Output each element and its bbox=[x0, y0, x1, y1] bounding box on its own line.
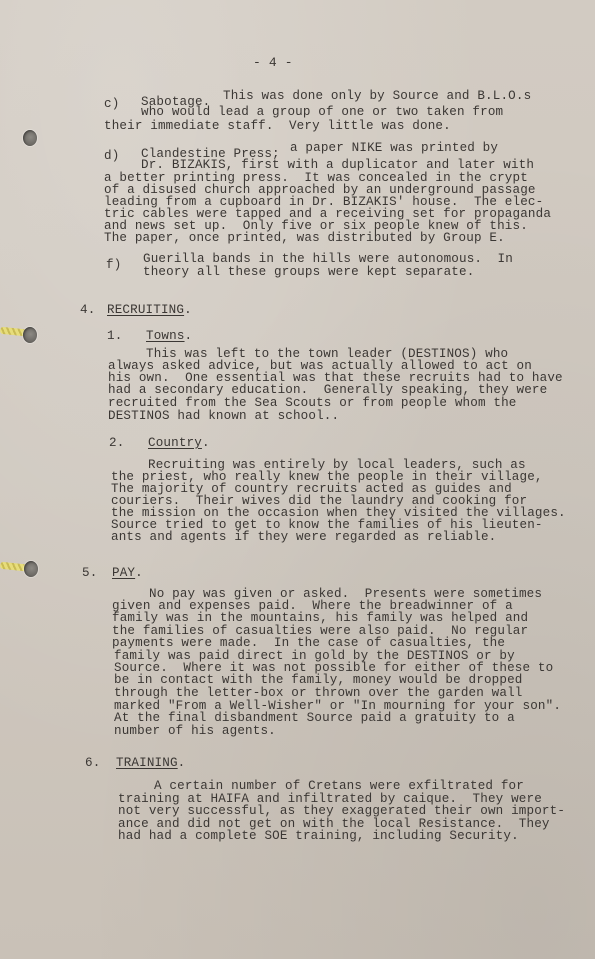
section-recruiting-heading: RECRUITING. bbox=[107, 304, 192, 317]
country-line: ants and agents if they were regarded as… bbox=[111, 531, 496, 544]
item-c-marker: c) bbox=[104, 98, 119, 111]
section-training-heading: TRAINING. bbox=[116, 757, 185, 770]
section-recruiting-title: RECRUITING bbox=[107, 303, 184, 317]
subsection-towns-number: 1. bbox=[107, 330, 122, 343]
subsection-country-number: 2. bbox=[109, 437, 124, 450]
towns-line: DESTINOS had known at school.. bbox=[108, 410, 339, 423]
section-training-title: TRAINING bbox=[116, 756, 178, 770]
punch-hole-bottom bbox=[24, 561, 38, 577]
subsection-country-title: Country bbox=[148, 436, 202, 450]
punch-hole-middle bbox=[23, 327, 37, 343]
section-training-number: 6. bbox=[85, 757, 100, 770]
subsection-country-heading: Country. bbox=[148, 437, 210, 450]
section-pay-heading: PAY. bbox=[112, 567, 143, 580]
item-d-line: a paper NIKE was printed by bbox=[290, 142, 498, 155]
item-c-line: This was done only by Source and B.L.O.s bbox=[223, 90, 531, 103]
item-f-line: theory all these groups were kept separa… bbox=[143, 266, 474, 279]
punch-hole-top bbox=[23, 130, 37, 146]
section-recruiting-number: 4. bbox=[80, 304, 95, 317]
training-line: had had a complete SOE training, includi… bbox=[118, 830, 519, 843]
subsection-towns-heading: Towns. bbox=[146, 330, 192, 343]
page-number: - 4 - bbox=[253, 56, 293, 69]
section-pay-number: 5. bbox=[82, 567, 97, 580]
subsection-towns-title: Towns bbox=[146, 329, 185, 343]
item-c-line: who would lead a group of one or two tak… bbox=[141, 106, 503, 119]
section-pay-title: PAY bbox=[112, 566, 135, 580]
item-c-line: their immediate staff. Very little was d… bbox=[104, 120, 451, 133]
item-d-marker: d) bbox=[104, 150, 119, 163]
item-f-marker: f) bbox=[106, 259, 121, 272]
item-d-line: The paper, once printed, was distributed… bbox=[104, 232, 505, 245]
pay-line: number of his agents. bbox=[114, 725, 276, 738]
